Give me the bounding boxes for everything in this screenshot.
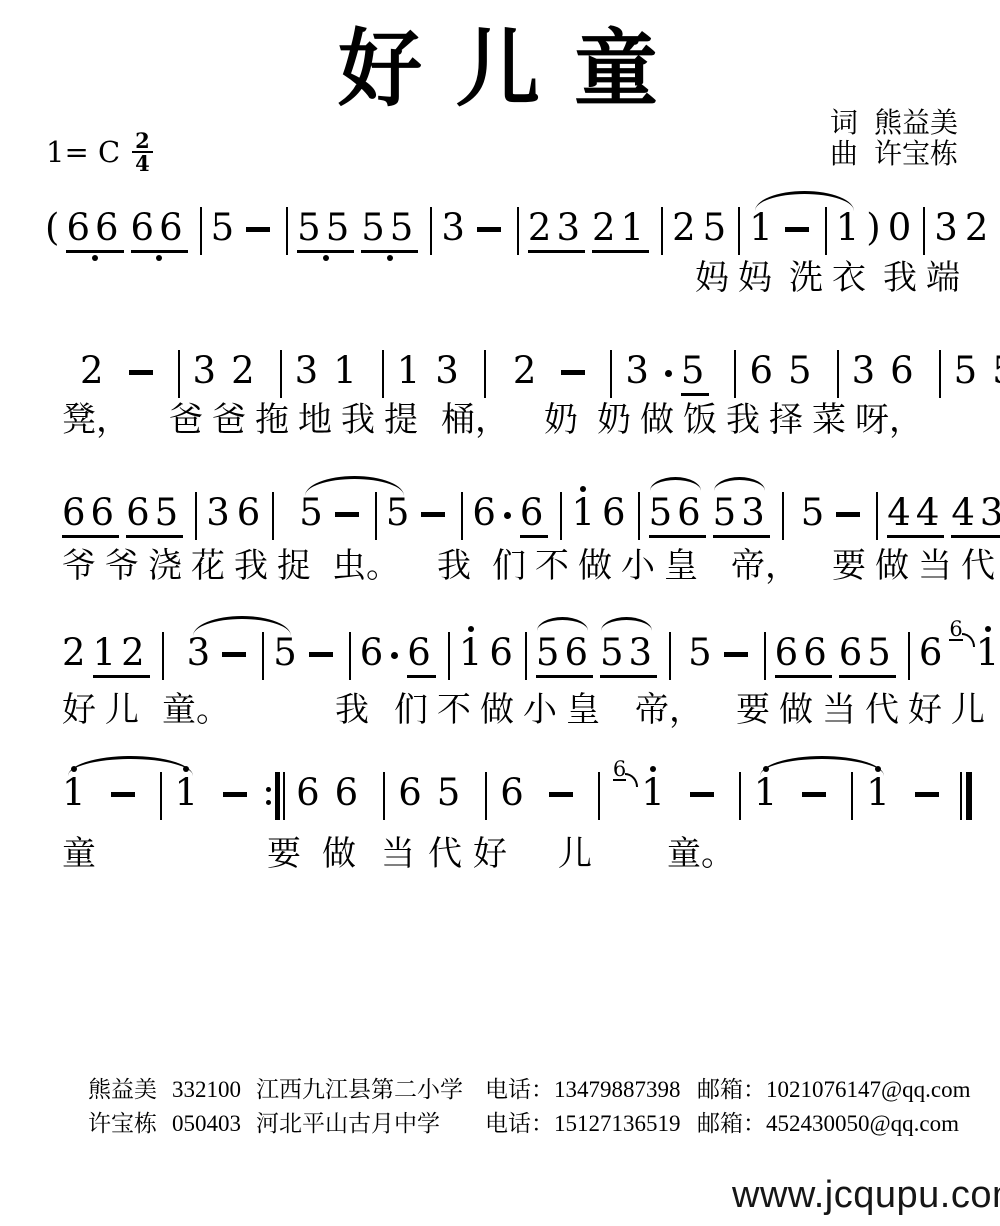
lyric-syllable: 洗 — [789, 258, 823, 300]
lyric-syllable: 花 — [191, 546, 225, 588]
note: 2 — [231, 350, 255, 392]
barline — [517, 207, 519, 255]
barline — [383, 772, 385, 820]
sustain-dash — [785, 227, 809, 232]
sustain-dash — [246, 227, 270, 232]
sustain-dash — [222, 652, 246, 657]
note: 3 — [852, 350, 876, 392]
note: 6 — [398, 772, 422, 814]
lyric-syllable: 代 — [961, 546, 995, 588]
lyric-syllable: 做 — [578, 546, 612, 588]
watermark-url: www.jcqupu.com — [732, 1174, 1000, 1217]
barline — [448, 632, 450, 680]
barline — [782, 492, 784, 540]
contact-phone: 电话：13479887398 — [485, 1076, 697, 1104]
note-group: 66 — [131, 207, 188, 253]
note: 3 — [193, 350, 217, 392]
barline — [739, 772, 741, 820]
barline — [837, 350, 839, 398]
barline — [375, 492, 377, 540]
lyric-syllable: 饭 — [683, 400, 717, 442]
contact-row-lyricist: 熊益美 332100 江西九江县第二小学 电话：13479887398 邮箱：1… — [88, 1076, 971, 1104]
note: 2 — [513, 350, 537, 392]
note: 1 — [866, 772, 890, 814]
lyricist-credit: 词 熊益美 — [830, 108, 958, 139]
sustain-dash — [561, 370, 585, 375]
note: 3 — [625, 350, 649, 392]
composer-credit: 曲 许宝栋 — [830, 139, 958, 170]
barline — [195, 492, 197, 540]
tie-arc — [305, 476, 404, 496]
note: 3 — [435, 350, 459, 392]
credits-block: 词 熊益美 曲 许宝栋 — [830, 108, 958, 170]
note: 6 — [472, 492, 496, 534]
note: 1 — [62, 772, 86, 814]
lyric-spacer — [139, 400, 169, 401]
lyric-spacer — [378, 690, 394, 691]
lyric-line-4: 好儿童。我们不做小皇帝，要做当代好儿 — [62, 690, 994, 732]
lyric-syllable: 地 — [298, 400, 332, 442]
note: 2 — [80, 350, 104, 392]
lyric-spacer — [105, 834, 267, 835]
phone-number: 15127136519 — [554, 1111, 681, 1136]
spacer — [173, 632, 187, 633]
contact-postcode: 332100 — [172, 1076, 241, 1104]
contact-address: 熊益美 332100 江西九江县第二小学 — [88, 1076, 485, 1104]
barline — [484, 350, 486, 398]
spacer — [499, 350, 513, 351]
tie-arc — [193, 616, 291, 636]
barline — [262, 632, 264, 680]
lyric-syllable: 妈 — [695, 258, 729, 300]
barline — [876, 492, 878, 540]
lyric-spacer — [875, 258, 883, 259]
barline — [178, 350, 180, 398]
lyric-spacer — [609, 690, 635, 691]
note: 5 — [992, 350, 1000, 392]
augmentation-dot — [391, 652, 398, 659]
time-signature: 2 4 — [132, 130, 153, 174]
note-group: 66 — [775, 632, 832, 678]
note: 6 — [296, 772, 320, 814]
lyricist-name: 熊益美 — [874, 108, 958, 139]
contact-phone: 电话：15127136519 — [485, 1110, 697, 1138]
sustain-dash — [549, 792, 573, 797]
note-group: 43 — [951, 492, 1000, 538]
sustain-dash — [223, 792, 247, 797]
lyric-syllable: 虫。 — [332, 546, 400, 588]
note: 6 — [919, 632, 943, 674]
spacer — [680, 632, 688, 633]
note: 3 — [934, 207, 958, 249]
lyric-syllable: 要 — [736, 690, 770, 732]
note-group: 65 — [839, 632, 896, 678]
note: 5 — [437, 772, 461, 814]
note: 1 — [397, 350, 421, 392]
lyric-syllable: 拖 — [255, 400, 289, 442]
lyric-syllable: 好 — [62, 690, 96, 732]
sustain-dash — [477, 227, 501, 232]
sustain-dash — [690, 792, 714, 797]
sheet-music-page: 好儿童 词 熊益美 曲 许宝栋 1= C 2 4 (66665555532321… — [0, 0, 1000, 1226]
lyric-line-1: 妈妈洗衣我端 — [695, 258, 969, 300]
lyric-syllable: 童。 — [162, 690, 230, 732]
lyric-syllable: 好 — [908, 690, 942, 732]
email-address: 452430050@qq.com — [766, 1111, 959, 1136]
lyric-syllable: 我 — [234, 546, 268, 588]
barline — [485, 772, 487, 820]
lyric-spacer — [518, 400, 544, 401]
lyric-syllable: 做 — [779, 690, 813, 732]
note: 5 — [801, 492, 825, 534]
lyric-syllable: 当 — [822, 690, 856, 732]
note-group: 53 — [713, 492, 770, 538]
note: 5 — [211, 207, 235, 249]
lyric-spacer — [409, 546, 437, 547]
lyric-syllable: 童 — [62, 834, 96, 876]
contact-school: 河北平山古月中学 — [256, 1110, 440, 1138]
barline — [349, 632, 351, 680]
lyric-syllable: 童。 — [667, 834, 735, 876]
note: 1 — [333, 350, 357, 392]
lyric-syllable: 们 — [394, 690, 428, 732]
lyric-syllable: 做 — [322, 834, 356, 876]
lyric-syllable: 奶 — [597, 400, 631, 442]
note: 6 — [360, 632, 384, 674]
barline — [669, 632, 671, 680]
lyric-syllable: 凳， — [62, 400, 130, 442]
sustain-dash — [335, 512, 359, 517]
note: 3 — [206, 492, 230, 534]
lyric-spacer — [808, 546, 832, 547]
note: 1 — [976, 632, 1000, 674]
lyric-line-2: 凳，爸爸拖地我提桶，奶奶做饭我择菜呀， — [62, 400, 932, 442]
lyric-syllable: 儿 — [105, 690, 139, 732]
note: 1 — [175, 772, 199, 814]
lyric-syllable: 代 — [865, 690, 899, 732]
contact-email: 邮箱：452430050@qq.com — [697, 1110, 959, 1138]
lyric-syllable: 我 — [335, 690, 369, 732]
note: 6 — [407, 632, 436, 678]
sustain-dash — [421, 512, 445, 517]
lyric-syllable: 我 — [341, 400, 375, 442]
note: 6 — [489, 632, 513, 674]
barline — [560, 492, 562, 540]
note: 2 — [965, 207, 989, 249]
lyric-spacer — [427, 400, 441, 401]
note: 5 — [273, 632, 297, 674]
augmentation-dot — [665, 370, 672, 377]
email-address: 1021076147@qq.com — [766, 1077, 971, 1102]
phone-number: 13479887398 — [554, 1077, 681, 1102]
note: 6 — [520, 492, 549, 538]
lyric-spacer — [239, 690, 335, 691]
note: 5 — [703, 207, 727, 249]
note: ) — [866, 207, 880, 249]
barline — [939, 350, 941, 398]
lyric-syllable: 我 — [726, 400, 760, 442]
tie-arc — [68, 756, 193, 776]
barline — [764, 632, 766, 680]
barline — [923, 207, 925, 255]
lyric-syllable: 儿 — [951, 690, 985, 732]
email-label: 邮箱： — [697, 1077, 766, 1102]
note-group: 55 — [361, 207, 418, 253]
barline — [734, 350, 736, 398]
lyric-syllable: 我 — [437, 546, 471, 588]
note: 5 — [386, 492, 410, 534]
lyric-syllable: 我 — [883, 258, 917, 300]
repeat-barline — [266, 772, 285, 820]
contact-name: 熊益美 — [88, 1076, 157, 1104]
phone-label: 电话： — [485, 1111, 554, 1136]
note-group: 55 — [297, 207, 354, 253]
meter-numerator: 2 — [132, 130, 153, 153]
meter-denominator: 4 — [135, 153, 150, 174]
note-group: 23 — [528, 207, 585, 253]
lyric-syllable: 要 — [267, 834, 301, 876]
tie-arc — [760, 756, 884, 776]
sustain-dash — [129, 370, 153, 375]
contact-address: 许宝栋 050403 河北平山古月中学 — [88, 1110, 485, 1138]
note: 2 — [672, 207, 696, 249]
lyric-syllable: 不 — [535, 546, 569, 588]
contact-school: 江西九江县第二小学 — [256, 1076, 463, 1104]
note: 6 — [749, 350, 773, 392]
note: 5 — [299, 492, 323, 534]
sustain-dash — [836, 512, 860, 517]
lyric-syllable: 爷 — [62, 546, 96, 588]
note: ( — [45, 207, 59, 249]
barline — [430, 207, 432, 255]
lyric-syllable: 爸 — [212, 400, 246, 442]
lyric-spacer — [320, 546, 332, 547]
note: 6 — [237, 492, 261, 534]
barline — [661, 207, 663, 255]
note: 6 — [500, 772, 524, 814]
lyric-syllable: 皇 — [664, 546, 698, 588]
note-group: 56 — [649, 492, 706, 538]
music-line-5: 11666566111 — [62, 772, 972, 836]
lyric-syllable: 提 — [384, 400, 418, 442]
sustain-dash — [309, 652, 333, 657]
lyric-syllable: 们 — [492, 546, 526, 588]
note: 1 — [749, 207, 773, 249]
lyric-spacer — [310, 834, 322, 835]
final-barline — [960, 772, 972, 820]
lyric-spacer — [480, 546, 492, 547]
note: 5 — [788, 350, 812, 392]
augmentation-dot — [504, 512, 511, 519]
note-group: 65 — [126, 492, 183, 538]
barline — [272, 492, 274, 540]
composer-name: 许宝栋 — [874, 139, 958, 170]
note: 6 — [890, 350, 914, 392]
contact-name: 许宝栋 — [88, 1110, 157, 1138]
barline — [160, 772, 162, 820]
email-label: 邮箱： — [697, 1111, 766, 1136]
lyric-syllable: 爷 — [105, 546, 139, 588]
contact-postcode: 050403 — [172, 1110, 241, 1138]
note: 3 — [295, 350, 319, 392]
note-group: 12 — [93, 632, 150, 678]
barline — [638, 492, 640, 540]
music-line-4: 212356616565356665661 — [62, 632, 1000, 696]
lyric-spacer — [707, 546, 731, 547]
lyric-syllable: 当 — [918, 546, 952, 588]
barline — [286, 207, 288, 255]
note: 1 — [571, 492, 595, 534]
barline — [162, 632, 164, 680]
sustain-dash — [802, 792, 826, 797]
lyric-spacer — [587, 400, 597, 401]
lyric-spacer — [781, 258, 789, 259]
note: 0 — [888, 207, 912, 249]
lyric-syllable: 端 — [926, 258, 960, 300]
lyric-syllable: 要 — [832, 546, 866, 588]
phone-label: 电话： — [485, 1077, 554, 1102]
lyric-spacer — [601, 834, 667, 835]
lyric-syllable: 帝， — [731, 546, 799, 588]
lyric-syllable: 衣 — [832, 258, 866, 300]
lyric-syllable: 菜 — [812, 400, 846, 442]
lyric-syllable: 浇 — [148, 546, 182, 588]
key-text: 1= C — [46, 135, 120, 169]
barline — [825, 207, 827, 255]
barline — [525, 632, 527, 680]
lyric-syllable: 帝， — [635, 690, 703, 732]
barline — [851, 772, 853, 820]
lyric-spacer — [365, 834, 381, 835]
contact-email: 邮箱：1021076147@qq.com — [697, 1076, 971, 1104]
lyric-spacer — [148, 690, 162, 691]
lyric-syllable: 代 — [428, 834, 462, 876]
note: 1 — [754, 772, 778, 814]
note: 5 — [688, 632, 712, 674]
tie-arc — [755, 191, 854, 211]
barline — [461, 492, 463, 540]
barline — [200, 207, 202, 255]
barline — [908, 632, 910, 680]
lyric-syllable: 呀， — [855, 400, 923, 442]
spacer — [283, 492, 299, 493]
note: 5 — [954, 350, 978, 392]
lyric-line-3: 爷爷浇花我捉虫。我们不做小皇帝，要做当代 — [62, 546, 1000, 588]
note: 6 — [602, 492, 626, 534]
lyric-syllable: 不 — [437, 690, 471, 732]
lyric-syllable: 捉 — [277, 546, 311, 588]
lyric-syllable: 做 — [480, 690, 514, 732]
lyric-spacer — [516, 834, 558, 835]
note: 3 — [187, 632, 211, 674]
lyric-syllable: 当 — [381, 834, 415, 876]
lyric-syllable: 皇 — [566, 690, 600, 732]
note-group: 21 — [592, 207, 649, 253]
lyric-syllable: 做 — [875, 546, 909, 588]
grace-note: 6 — [949, 619, 962, 641]
note-group: 66 — [62, 492, 119, 538]
note: 1 — [641, 772, 665, 814]
note: 1 — [836, 207, 860, 249]
lyric-syllable: 好 — [473, 834, 507, 876]
contact-row-composer: 许宝栋 050403 河北平山古月中学 电话：15127136519 邮箱：45… — [88, 1110, 959, 1138]
sustain-dash — [915, 792, 939, 797]
lyric-syllable: 儿 — [558, 834, 592, 876]
barline — [738, 207, 740, 255]
sustain-dash — [111, 792, 135, 797]
note-group: 66 — [66, 207, 123, 253]
note: 5 — [681, 350, 710, 396]
lyric-syllable: 桶， — [441, 400, 509, 442]
grace-note: 6 — [613, 759, 626, 781]
barline — [598, 772, 600, 820]
lyric-syllable: 小 — [523, 690, 557, 732]
lyric-spacer — [712, 690, 736, 691]
sustain-dash — [724, 652, 748, 657]
song-title: 好儿童 — [0, 2, 1000, 123]
lyricist-label: 词 — [830, 108, 858, 139]
lyric-syllable: 妈 — [738, 258, 772, 300]
barline — [280, 350, 282, 398]
note-group: 56 — [536, 632, 593, 678]
composer-label: 曲 — [830, 139, 858, 170]
lyric-syllable: 做 — [640, 400, 674, 442]
lyric-syllable: 爸 — [169, 400, 203, 442]
barline — [382, 350, 384, 398]
note: 6 — [335, 772, 359, 814]
lyric-syllable: 奶 — [544, 400, 578, 442]
note-group: 44 — [887, 492, 944, 538]
lyric-syllable: 小 — [621, 546, 655, 588]
barline — [610, 350, 612, 398]
note-group: 53 — [600, 632, 657, 678]
spacer — [793, 492, 801, 493]
key-signature: 1= C 2 4 — [46, 130, 153, 174]
note: 1 — [459, 632, 483, 674]
note: 2 — [62, 632, 86, 674]
lyric-syllable: 择 — [769, 400, 803, 442]
lyric-line-5: 童要做当代好儿童。 — [62, 834, 744, 876]
note: 3 — [441, 207, 465, 249]
